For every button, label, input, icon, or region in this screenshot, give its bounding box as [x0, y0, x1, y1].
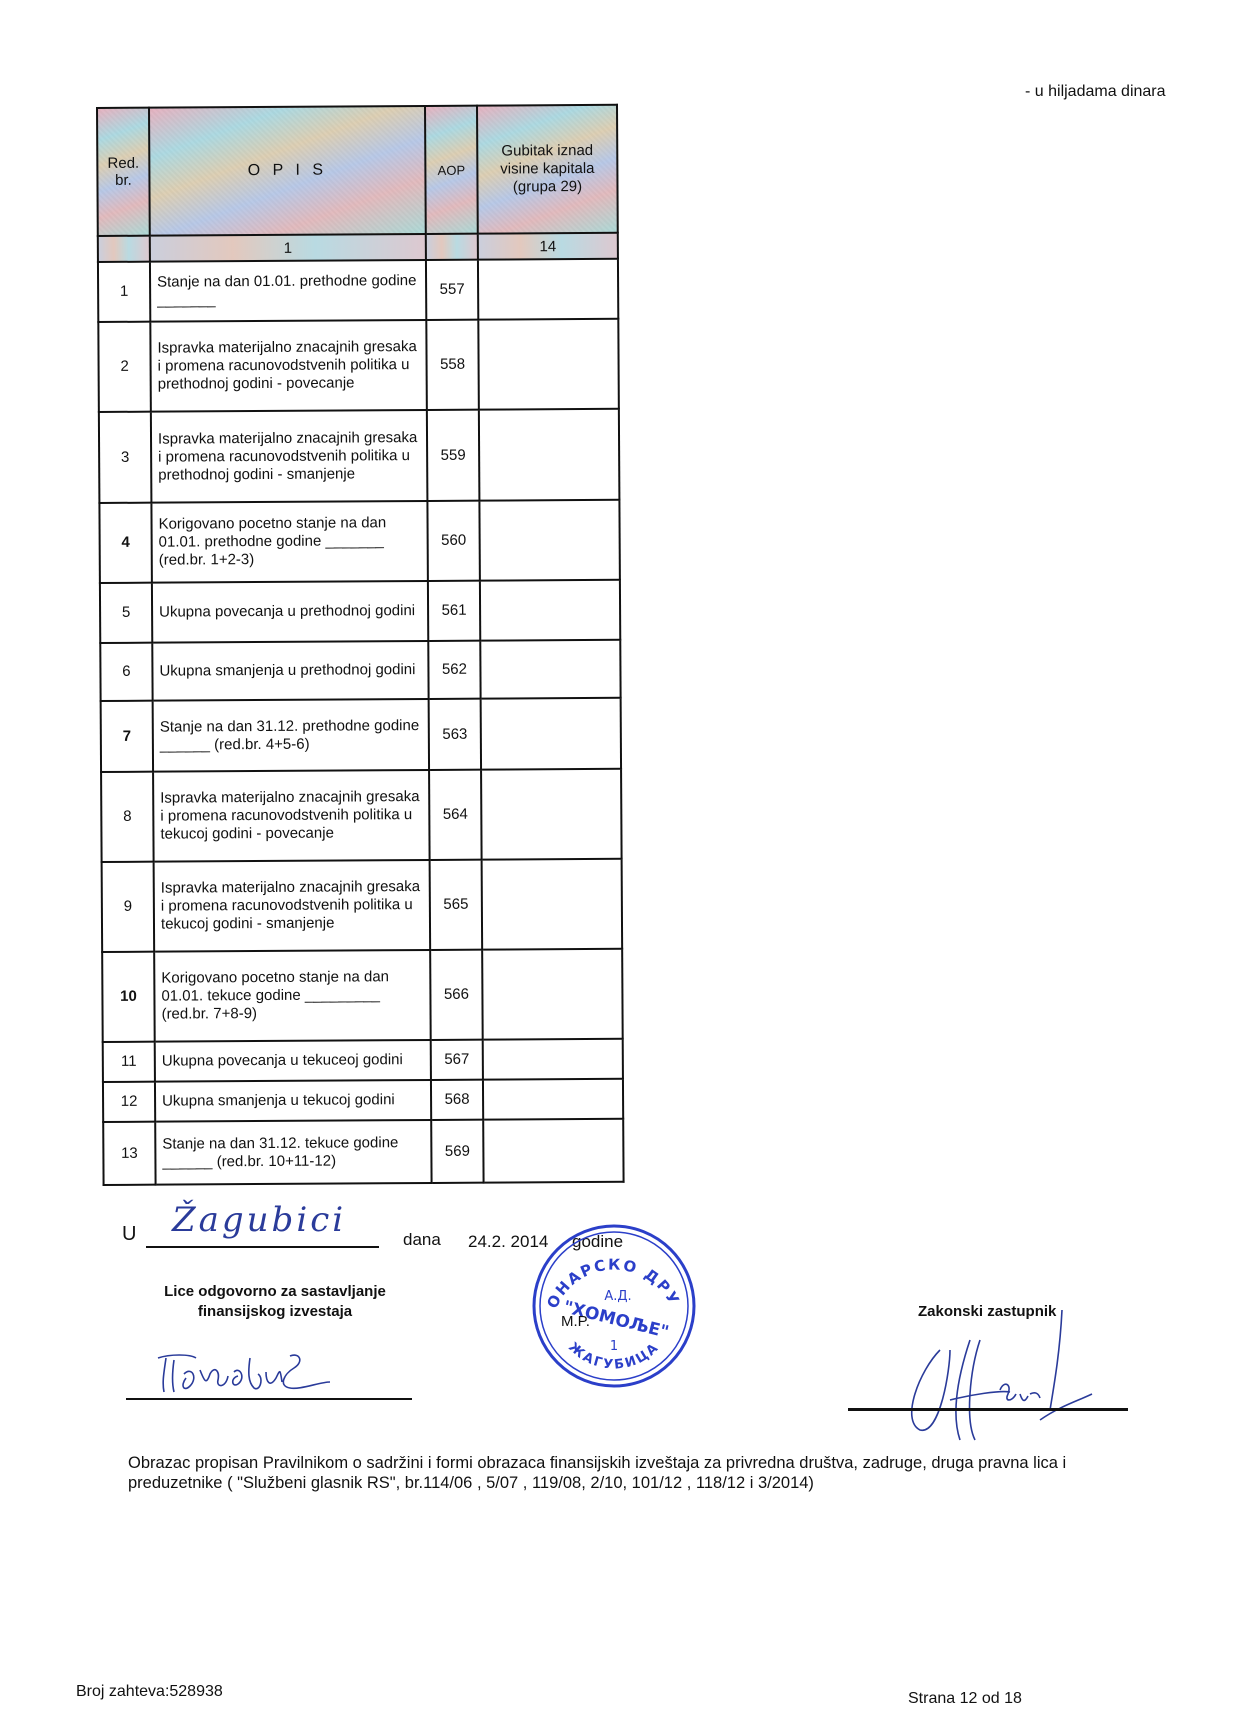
row-description: Stanje na dan 01.01. prethodne godine __…	[150, 260, 426, 322]
row-description: Ukupna povecanja u tekuceoj godini	[155, 1040, 431, 1082]
responsible-person-label: Lice odgovorno za sastavljanje finansijs…	[140, 1282, 410, 1322]
table-row: 5Ukupna povecanja u prethodnoj godini561	[100, 580, 620, 643]
request-number: Broj zahteva:528938	[76, 1683, 223, 1701]
row-description: Ukupna smanjenja u prethodnoj godini	[152, 641, 428, 701]
table-row: 1Stanje na dan 01.01. prethodne godine _…	[98, 259, 618, 322]
equity-changes-table: Red. br. O P I S AOP Gubitak iznad visin…	[96, 104, 625, 1186]
mp-label: M.P.	[561, 1313, 590, 1330]
row-description: Korigovano pocetno stanje na dan 01.01. …	[151, 501, 427, 583]
company-stamp-icon: АКЦИОНАРСКО ДРУШТВО ЖАГУБИЦА А.Д. "ХОМОЉ…	[528, 1220, 700, 1392]
row-number: 11	[103, 1042, 155, 1082]
row-description: Ukupna smanjenja u tekucoj godini	[155, 1080, 431, 1122]
header-aop: AOP	[425, 106, 478, 234]
table-header-row: Red. br. O P I S AOP Gubitak iznad visin…	[97, 105, 618, 236]
row-value-cell[interactable]	[481, 698, 621, 770]
row-number: 4	[99, 503, 151, 583]
row-value-cell[interactable]	[480, 580, 620, 641]
page-number: Strana 12 od 18	[908, 1690, 1022, 1708]
row-value-cell[interactable]	[478, 319, 619, 410]
table-row: 10Korigovano pocetno stanje na dan 01.01…	[102, 949, 623, 1042]
legal-rep-signature-icon	[880, 1310, 1100, 1450]
table-row: 2Ispravka materijalno znacajnih gresaka …	[98, 319, 619, 412]
row-description: Ispravka materijalno znacajnih gresaka i…	[151, 410, 428, 503]
row-value-cell[interactable]	[480, 640, 620, 699]
colnum-aop	[426, 234, 478, 260]
row-value-cell[interactable]	[482, 949, 623, 1040]
row-aop-code: 567	[431, 1040, 483, 1080]
header-opis: O P I S	[149, 106, 426, 236]
header-value-column: Gubitak iznad visine kapitala (grupa 29)	[477, 105, 618, 234]
row-description: Ukupna povecanja u prethodnoj godini	[152, 581, 428, 643]
row-number: 1	[98, 262, 150, 322]
column-number-row: 1 14	[98, 233, 618, 262]
row-aop-code: 565	[430, 860, 483, 950]
row-number: 3	[99, 412, 152, 503]
row-number: 12	[103, 1082, 155, 1122]
row-number: 13	[103, 1122, 155, 1185]
row-number: 5	[100, 583, 152, 643]
row-description: Korigovano pocetno stanje na dan 01.01. …	[154, 950, 431, 1042]
colnum-red-br	[98, 236, 150, 262]
row-value-cell[interactable]	[482, 859, 623, 950]
currency-units-note: - u hiljadama dinara	[1025, 83, 1166, 101]
row-aop-code: 563	[429, 699, 481, 770]
legal-rep-signature-line	[848, 1408, 1128, 1411]
responsible-signature-icon	[150, 1352, 350, 1400]
header-red-br: Red. br.	[97, 108, 150, 236]
colnum-opis: 1	[150, 234, 426, 262]
date-label: dana	[403, 1230, 441, 1250]
row-description: Stanje na dan 31.12. tekuce godine _____…	[155, 1120, 431, 1185]
row-description: Ispravka materijalno znacajnih gresaka i…	[150, 320, 427, 412]
row-number: 6	[100, 643, 152, 701]
table-row: 13Stanje na dan 31.12. tekuce godine ___…	[103, 1119, 623, 1185]
row-aop-code: 559	[427, 410, 480, 501]
table-row: 12Ukupna smanjenja u tekucoj godini568	[103, 1079, 623, 1122]
row-aop-code: 557	[426, 260, 478, 320]
stamp-inner-1: А.Д.	[604, 1289, 631, 1304]
place-prefix: U	[122, 1223, 136, 1246]
row-description: Ispravka materijalno znacajnih gresaka i…	[153, 770, 430, 862]
row-aop-code: 558	[426, 320, 479, 410]
row-value-cell[interactable]	[479, 409, 620, 501]
table-row: 8Ispravka materijalno znacajnih gresaka …	[101, 769, 622, 862]
row-number: 7	[101, 701, 153, 772]
stamp-inner-3: 1	[610, 1339, 618, 1354]
row-aop-code: 566	[430, 950, 483, 1040]
row-value-cell[interactable]	[481, 769, 622, 860]
row-number: 10	[102, 952, 155, 1042]
row-aop-code: 562	[428, 641, 480, 699]
row-aop-code: 560	[427, 501, 479, 581]
row-number: 2	[98, 322, 151, 412]
row-description: Ispravka materijalno znacajnih gresaka i…	[154, 860, 431, 952]
row-value-cell[interactable]	[483, 1039, 623, 1080]
row-value-cell[interactable]	[483, 1119, 623, 1183]
table-row: 4Korigovano pocetno stanje na dan 01.01.…	[99, 500, 619, 583]
row-number: 9	[102, 862, 155, 952]
table-row: 6Ukupna smanjenja u prethodnoj godini562	[100, 640, 620, 701]
row-aop-code: 564	[429, 770, 482, 860]
row-number: 8	[101, 772, 154, 862]
row-aop-code: 561	[428, 581, 480, 641]
table-row: 11Ukupna povecanja u tekuceoj godini567	[103, 1039, 623, 1082]
responsible-signature-line	[126, 1398, 412, 1400]
row-value-cell[interactable]	[479, 500, 619, 581]
place-underline	[146, 1246, 379, 1248]
table-row: 9Ispravka materijalno znacajnih gresaka …	[102, 859, 623, 952]
regulation-note: Obrazac propisan Pravilnikom o sadržini …	[128, 1453, 1158, 1493]
row-value-cell[interactable]	[478, 259, 618, 320]
row-description: Stanje na dan 31.12. prethodne godine __…	[153, 699, 429, 772]
row-value-cell[interactable]	[483, 1079, 623, 1120]
place-handwritten: Žagubici	[172, 1200, 346, 1240]
row-aop-code: 569	[431, 1120, 483, 1183]
table-row: 3Ispravka materijalno znacajnih gresaka …	[99, 409, 620, 503]
colnum-value: 14	[478, 233, 618, 260]
table-row: 7Stanje na dan 31.12. prethodne godine _…	[101, 698, 621, 772]
row-aop-code: 568	[431, 1080, 483, 1120]
